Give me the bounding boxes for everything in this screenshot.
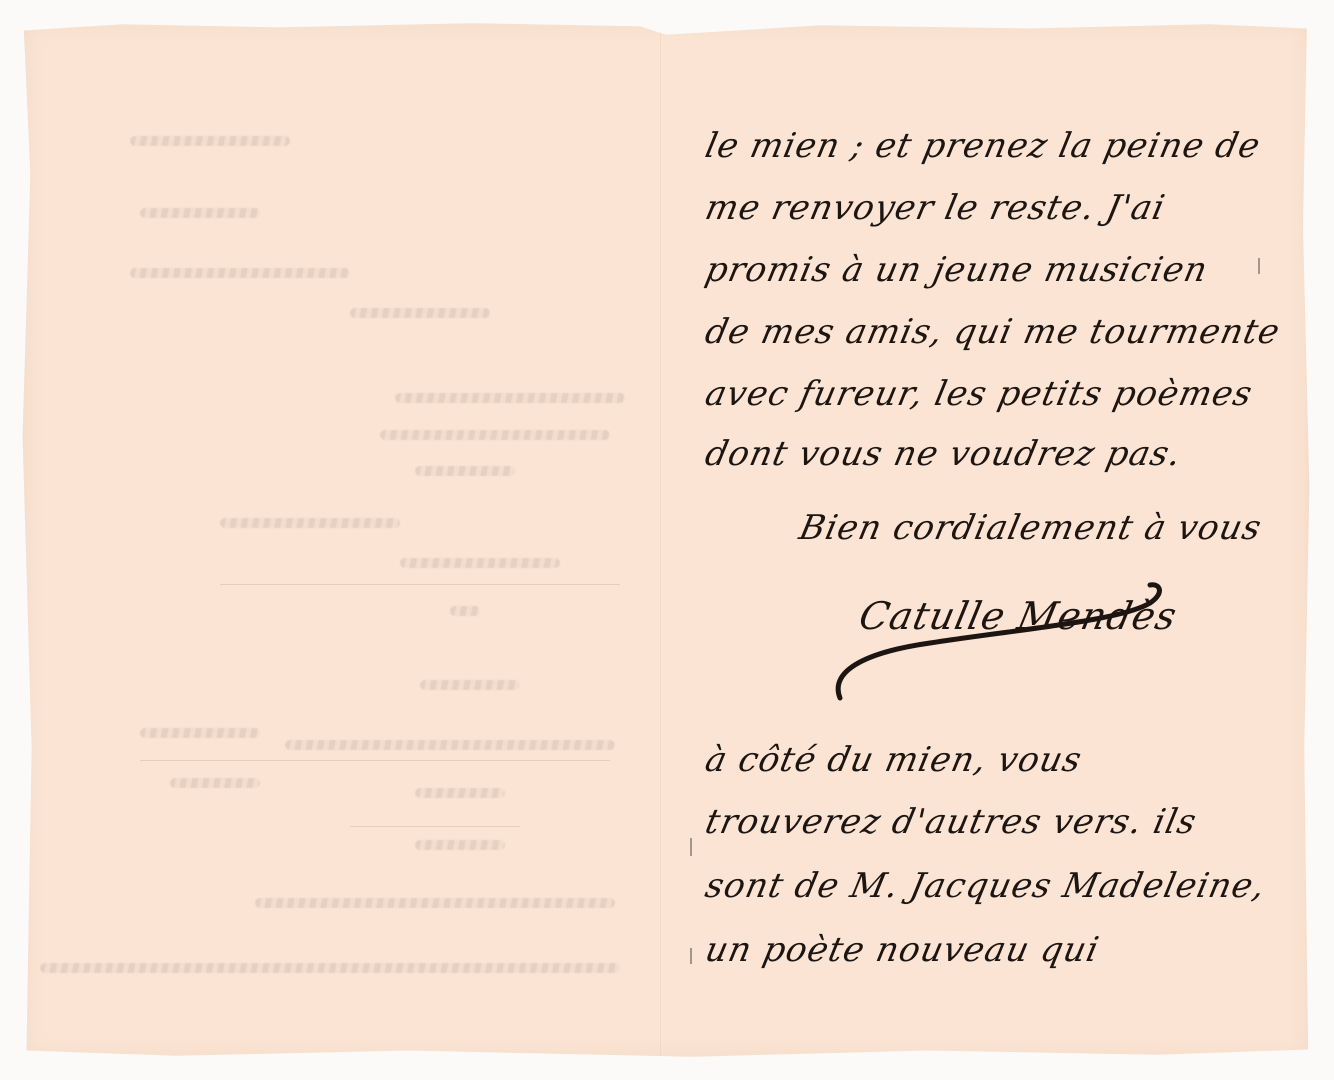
letter-paper: le mien ; et prenez la peine de me renvo… <box>20 18 1312 1062</box>
margin-mark <box>690 838 692 856</box>
body-line-4: de mes amis, qui me tourmente <box>702 312 1284 352</box>
right-page: le mien ; et prenez la peine de me renvo… <box>680 18 1310 1062</box>
left-page-bleedthrough <box>20 18 660 1062</box>
body-line-2: me renvoyer le reste. J'ai <box>702 188 1169 228</box>
closing-line: Bien cordialement à vous <box>796 508 1266 548</box>
signature-flourish-icon <box>820 573 1200 713</box>
center-fold <box>660 18 662 1062</box>
body-line-5: avec fureur, les petits poèmes <box>702 374 1257 414</box>
body-line-6: dont vous ne voudrez pas. <box>702 434 1186 474</box>
body-line-1: le mien ; et prenez la peine de <box>702 126 1264 166</box>
margin-mark <box>690 948 692 964</box>
body-line-3: promis à un jeune musicien <box>702 250 1212 290</box>
margin-mark <box>1258 258 1260 274</box>
postscript-line-1: à côté du mien, vous <box>702 740 1086 780</box>
postscript-line-4: un poète nouveau qui <box>702 930 1103 970</box>
postscript-line-2: trouverez d'autres vers. ils <box>702 802 1201 842</box>
postscript-line-3: sont de M. Jacques Madeleine, <box>702 866 1270 906</box>
